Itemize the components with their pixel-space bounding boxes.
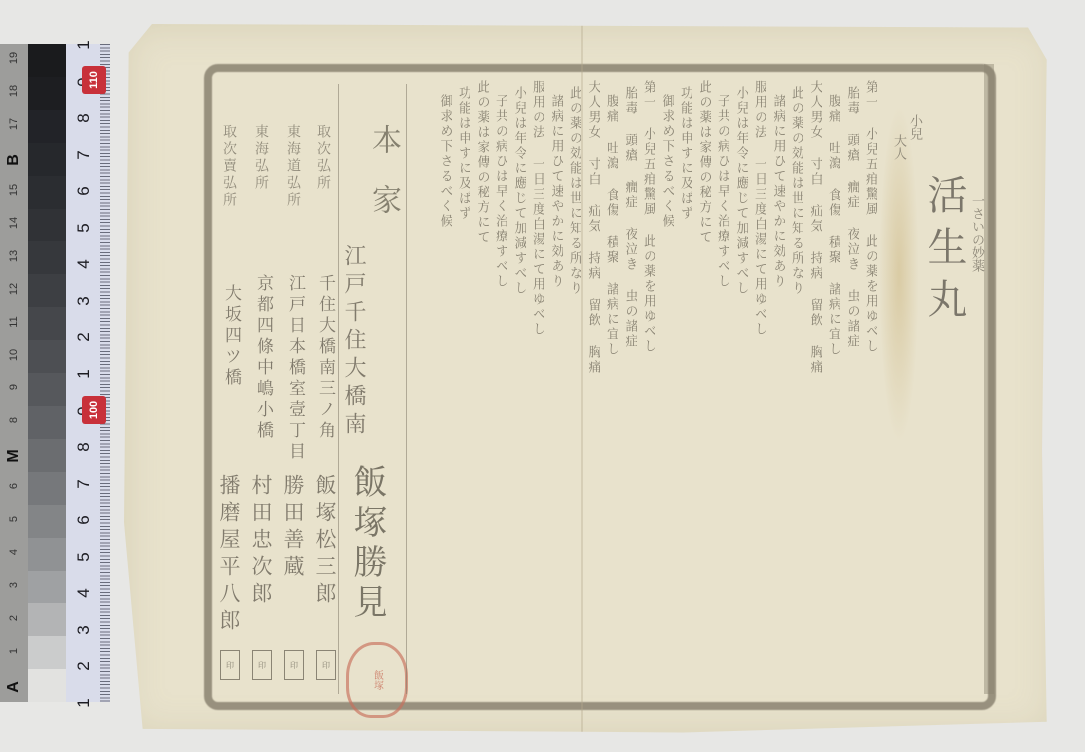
agent-seal-1: 印 xyxy=(316,650,336,680)
title-subtitle: 一さいの妙薬 xyxy=(970,194,983,272)
grey-scale-label: 1 xyxy=(8,639,20,663)
grey-scale-label: A xyxy=(5,675,23,699)
grey-patch xyxy=(28,669,66,702)
ruler-number: 1 xyxy=(74,33,94,57)
grey-patch xyxy=(28,472,66,505)
body-text-column: 服用の法 一日三度白湯にて用ゆべし xyxy=(531,80,544,680)
body-text-column: 小兒は年令に應じて加減すべし xyxy=(735,86,748,686)
grey-scale-label: 3 xyxy=(8,573,20,597)
outlet-label-4: 取次賣弘所 xyxy=(222,124,236,209)
outlet-label-1: 取次弘所 xyxy=(316,124,330,192)
ruler-number: 8 xyxy=(74,435,94,459)
body-text-column: 此の薬の効能は世に知る所なり xyxy=(568,86,581,686)
grey-patch xyxy=(28,505,66,538)
ruler-number: 2 xyxy=(74,654,94,678)
product-title: 活生丸 xyxy=(924,174,964,330)
main-proprietor: 飯塚勝見 xyxy=(350,464,384,624)
agent-address-1: 千住大橋南三ノ角 xyxy=(316,274,333,442)
ruler-cm-badge: 110 xyxy=(82,66,106,94)
ruler-number: 7 xyxy=(74,472,94,496)
agent-name-3: 村田忠次郎 xyxy=(250,474,271,609)
ruler-number: 3 xyxy=(74,289,94,313)
grey-patch xyxy=(28,603,66,636)
agent-address-2: 江戸日本橋室壹丁目 xyxy=(286,274,303,463)
grey-patch xyxy=(28,406,66,439)
grey-patch xyxy=(28,44,66,77)
ruler-number: 2 xyxy=(74,325,94,349)
grey-patch xyxy=(28,176,66,209)
grey-scale-label: 19 xyxy=(8,46,20,70)
grey-patch xyxy=(28,636,66,669)
honke-label: 本家 xyxy=(368,124,398,244)
grey-scale-label: 15 xyxy=(8,178,20,202)
red-proprietor-seal: 飯塚 xyxy=(346,642,408,718)
agent-seal-3: 印 xyxy=(252,650,272,680)
body-text-column: 腹痛 吐瀉 食傷 積聚 諸病に宜し xyxy=(827,94,840,694)
grayscale-patches xyxy=(28,44,66,702)
grey-patch xyxy=(28,439,66,472)
grey-patch xyxy=(28,340,66,373)
ruler-number: 6 xyxy=(74,179,94,203)
ruler-number: 7 xyxy=(74,143,94,167)
grey-scale-label: 11 xyxy=(8,310,20,334)
grey-patch xyxy=(28,538,66,571)
body-text-column: 諸病に用ひて速やかに効あり xyxy=(550,94,563,694)
ruler-number: 5 xyxy=(74,545,94,569)
grey-patch xyxy=(28,209,66,242)
outlet-label-2: 東海道弘所 xyxy=(286,124,300,209)
grey-patch xyxy=(28,143,66,176)
grey-scale-label: 8 xyxy=(8,408,20,432)
ruler-number: 3 xyxy=(74,618,94,642)
ruler-number: 8 xyxy=(74,106,94,130)
column-divider xyxy=(406,84,407,694)
grey-patch xyxy=(28,241,66,274)
grey-scale-label: M xyxy=(5,444,23,468)
ruler-number: 4 xyxy=(74,252,94,276)
agent-address-3: 京都四條中嶋小橋 xyxy=(254,274,271,442)
ruler-number: 5 xyxy=(74,216,94,240)
body-text-column: 大人男女 寸白 疝気 持病 留飲 胸痛 xyxy=(587,80,600,680)
body-text-column: 大人男女 寸白 疝気 持病 留飲 胸痛 xyxy=(809,80,822,680)
grey-patch xyxy=(28,77,66,110)
ruler-number: 1 xyxy=(74,362,94,386)
grey-patch xyxy=(28,571,66,604)
column-divider xyxy=(338,84,339,694)
grey-patch xyxy=(28,307,66,340)
body-text-column: 此の薬の効能は世に知る所なり xyxy=(790,86,803,686)
grey-patch xyxy=(28,110,66,143)
body-text-column: 服用の法 一日三度白湯にて用ゆべし xyxy=(753,80,766,680)
grey-scale-label: B xyxy=(5,148,23,172)
agent-address-4: 大坂四ツ橋 xyxy=(222,284,239,389)
right-margin-strip xyxy=(984,64,994,694)
agent-seal-2: 印 xyxy=(284,650,304,680)
agent-name-4: 播磨屋平八郎 xyxy=(218,474,239,636)
grey-scale-label: 10 xyxy=(8,343,20,367)
body-text-column: 此の薬は家傳の秘方にて xyxy=(476,80,489,680)
color-reference-chart: 191817B15141312111098M654321A 1987654321… xyxy=(0,44,112,702)
agent-name-1: 飯塚松三郎 xyxy=(314,474,335,609)
grey-patch xyxy=(28,274,66,307)
grey-label-strip: 191817B15141312111098M654321A xyxy=(0,44,28,702)
ruler-number: 6 xyxy=(74,508,94,532)
body-text-column: 諸病に用ひて速やかに効あり xyxy=(772,94,785,694)
body-text-column: 功能は申すに及ばず xyxy=(679,86,692,686)
body-text-column: 御求め下さるべく候 xyxy=(439,94,452,694)
grey-scale-label: 4 xyxy=(8,540,20,564)
body-text-column: 功能は申すに及ばず xyxy=(457,86,470,686)
title-prefix-child: 小兒 xyxy=(908,114,921,140)
grey-scale-label: 14 xyxy=(8,211,20,235)
body-text-column: 子共の病ひは早く治療すべし xyxy=(494,94,507,694)
title-prefix-adult: 大人 xyxy=(892,134,905,160)
ruler-cm-badge: 100 xyxy=(82,396,106,424)
body-text-column: 胎毒 頭瘡 癇症 夜泣き 虫の諸症 xyxy=(846,86,859,686)
ruler-number: 1 xyxy=(74,691,94,715)
body-text-column: 腹痛 吐瀉 食傷 積聚 諸病に宜し xyxy=(605,94,618,694)
body-text-column: 胎毒 頭瘡 癇症 夜泣き 虫の諸症 xyxy=(624,86,637,686)
body-text-column: 第一 小兒五疳驚風 此の薬を用ゆべし xyxy=(642,80,655,680)
ruler-number: 4 xyxy=(74,581,94,605)
grey-scale-label: 18 xyxy=(8,79,20,103)
measurement-ruler: 1987654321987654321110100 xyxy=(66,44,110,702)
ruler-badge-label: 110 xyxy=(88,71,100,89)
outlet-label-3: 東海弘所 xyxy=(254,124,268,192)
body-text-column: 此の薬は家傳の秘方にて xyxy=(698,80,711,680)
body-text-column: 小兒は年令に應じて加減すべし xyxy=(513,86,526,686)
grey-scale-label: 12 xyxy=(8,277,20,301)
grey-patch xyxy=(28,373,66,406)
body-text-column: 御求め下さるべく候 xyxy=(661,94,674,694)
ruler-badge-label: 100 xyxy=(88,401,100,419)
agent-name-2: 勝田善蔵 xyxy=(282,474,303,582)
grey-scale-label: 2 xyxy=(8,606,20,630)
body-text-column: 第一 小兒五疳驚風 此の薬を用ゆべし xyxy=(864,80,877,680)
agent-seal-4: 印 xyxy=(220,650,240,680)
grey-scale-label: 6 xyxy=(8,474,20,498)
grey-scale-label: 5 xyxy=(8,507,20,531)
grey-scale-label: 17 xyxy=(8,112,20,136)
grey-scale-label: 13 xyxy=(8,244,20,268)
grey-scale-label: 9 xyxy=(8,375,20,399)
body-text-column: 子共の病ひは早く治療すべし xyxy=(716,94,729,694)
medicine-advertisement-sheet: 小兒 大人 活生丸 一さいの妙薬 第一 小兒五疳驚風 此の薬を用ゆべし胎毒 頭瘡… xyxy=(124,24,1056,736)
main-address: 江戸千住大橋南 xyxy=(342,244,364,440)
